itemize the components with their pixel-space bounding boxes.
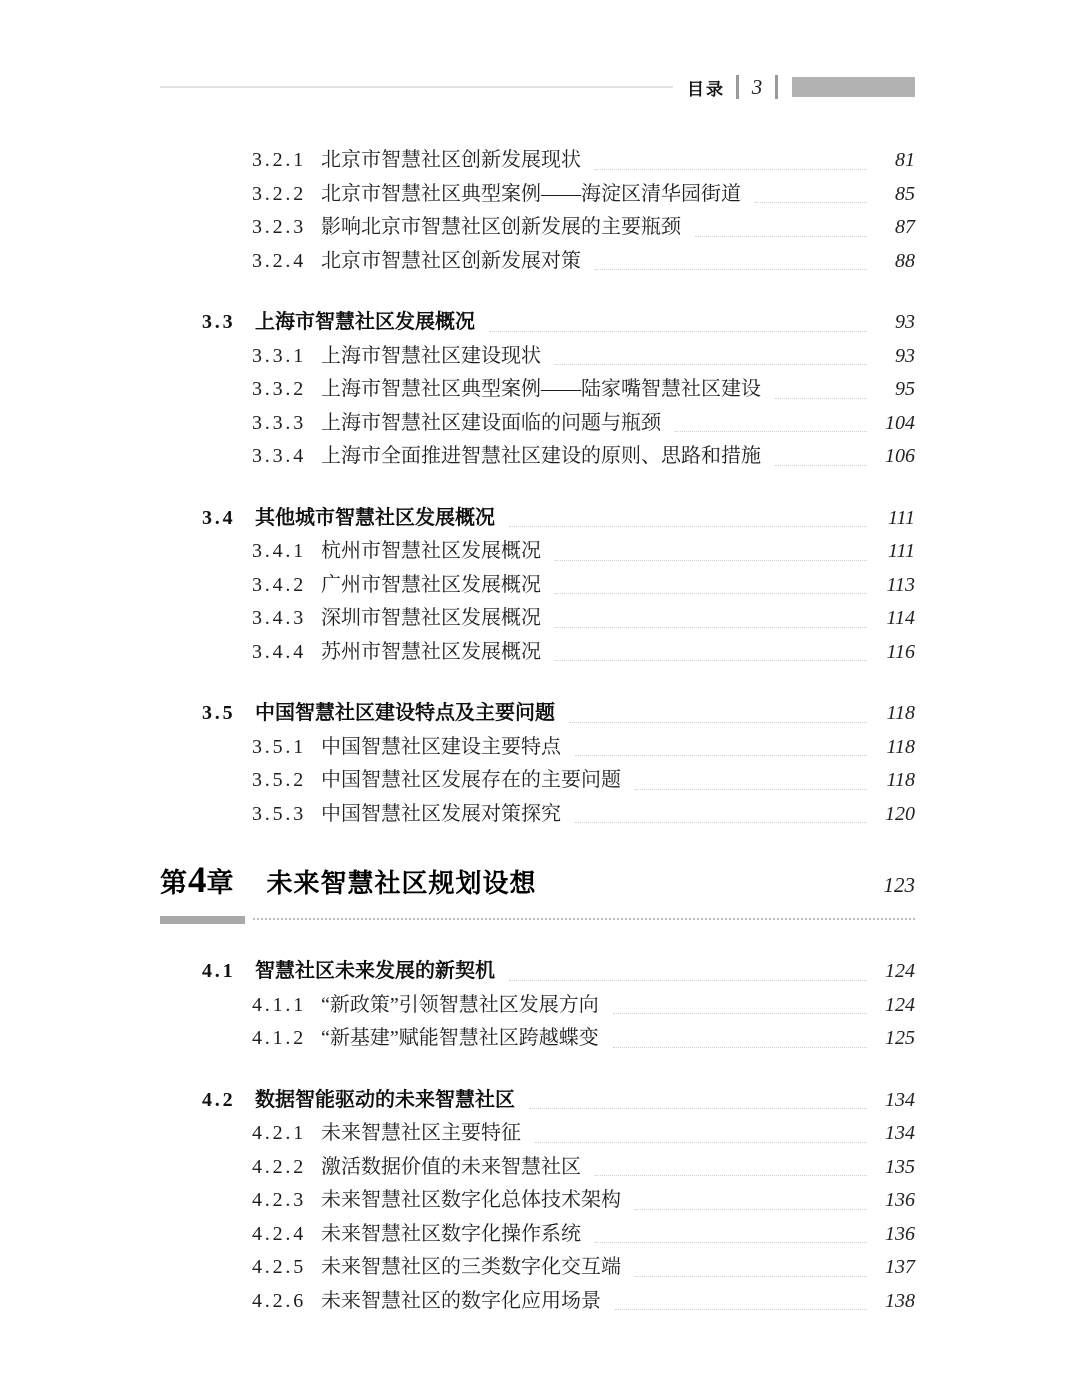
toc-entry-title: 广州市智慧社区发展概况 xyxy=(321,569,541,603)
toc-entry-title: 智慧社区未来发展的新契机 xyxy=(255,955,495,989)
toc-list: 3.2.1北京市智慧社区创新发展现状813.2.2北京市智慧社区典型案例——海淀… xyxy=(160,144,915,1318)
dot-leader xyxy=(775,465,867,466)
dot-leader xyxy=(595,1242,867,1243)
dot-leader xyxy=(613,1047,867,1048)
running-head-bar xyxy=(792,77,915,97)
dot-leader xyxy=(555,593,867,594)
toc-entry-number: 3.5.1 xyxy=(252,731,321,765)
toc-entry-number: 3.3.2 xyxy=(252,373,321,407)
toc-subsection-row: 4.2.3未来智慧社区数字化总体技术架构136 xyxy=(160,1184,915,1218)
toc-entry-title: 上海市全面推进智慧社区建设的原则、思路和措施 xyxy=(321,440,761,474)
toc-entry-number: 3.2.1 xyxy=(252,144,321,178)
toc-subsection-row: 3.3.2上海市智慧社区典型案例——陆家嘴智慧社区建设95 xyxy=(160,373,915,407)
toc-subsection-row: 3.4.3深圳市智慧社区发展概况114 xyxy=(160,602,915,636)
toc-entry-title: 未来智慧社区的三类数字化交互端 xyxy=(321,1251,621,1285)
toc-entry-number: 3.5.3 xyxy=(252,798,321,832)
dot-leader xyxy=(595,1175,867,1176)
separator-pipe xyxy=(736,75,739,99)
toc-subsection-row: 3.2.2北京市智慧社区典型案例——海淀区清华园街道85 xyxy=(160,178,915,212)
toc-entry-title: 杭州市智慧社区发展概况 xyxy=(321,535,541,569)
toc-section-row: 3.4其他城市智慧社区发展概况111 xyxy=(160,502,915,536)
chapter-divider-bar xyxy=(160,916,245,924)
dot-leader xyxy=(675,431,867,432)
toc-entry-title: 未来智慧社区数字化操作系统 xyxy=(321,1218,581,1252)
toc-entry-page: 81 xyxy=(879,144,915,178)
dot-leader xyxy=(555,560,867,561)
toc-entry-title: “新基建”赋能智慧社区跨越蝶变 xyxy=(321,1022,599,1056)
toc-subsection-row: 4.1.2“新基建”赋能智慧社区跨越蝶变125 xyxy=(160,1022,915,1056)
toc-entry-number: 3.2.3 xyxy=(252,211,321,245)
dot-leader xyxy=(595,169,867,170)
toc-entry-title: 中国智慧社区建设主要特点 xyxy=(321,731,561,765)
toc-entry-title: 上海市智慧社区建设面临的问题与瓶颈 xyxy=(321,407,661,441)
separator-pipe xyxy=(775,75,778,99)
dot-leader xyxy=(615,1309,867,1310)
toc-entry-number: 4.2.6 xyxy=(252,1285,321,1319)
running-head-page-number: 3 xyxy=(750,75,764,100)
dot-leader xyxy=(535,1142,867,1143)
dot-leader xyxy=(529,1108,867,1109)
toc-entry-number: 4.2.3 xyxy=(252,1184,321,1218)
dot-leader xyxy=(575,755,867,756)
dot-leader xyxy=(613,1013,867,1014)
toc-entry-number: 3.4.2 xyxy=(252,569,321,603)
toc-subsection-row: 3.5.1中国智慧社区建设主要特点118 xyxy=(160,731,915,765)
toc-section-row: 4.2数据智能驱动的未来智慧社区134 xyxy=(160,1084,915,1118)
toc-entry-page: 104 xyxy=(879,407,915,441)
toc-section-row: 3.5中国智慧社区建设特点及主要问题118 xyxy=(160,697,915,731)
toc-entry-title: “新政策”引领智慧社区发展方向 xyxy=(321,989,599,1023)
toc-entry-page: 118 xyxy=(879,731,915,765)
toc-entry-page: 125 xyxy=(879,1022,915,1056)
toc-entry-page: 114 xyxy=(879,602,915,636)
dot-leader xyxy=(635,1209,867,1210)
dot-leader xyxy=(575,822,867,823)
dot-leader xyxy=(595,269,867,270)
toc-subsection-row: 4.2.6未来智慧社区的数字化应用场景138 xyxy=(160,1285,915,1319)
dot-leader xyxy=(555,660,867,661)
toc-entry-page: 135 xyxy=(879,1151,915,1185)
dot-leader xyxy=(555,364,867,365)
chapter-number: 第4章 xyxy=(160,859,235,902)
dot-leader xyxy=(635,789,867,790)
toc-entry-page: 120 xyxy=(879,798,915,832)
toc-entry-title: 中国智慧社区发展对策探究 xyxy=(321,798,561,832)
dot-leader xyxy=(635,1276,867,1277)
toc-entry-number: 3.3.1 xyxy=(252,340,321,374)
toc-entry-title: 未来智慧社区的数字化应用场景 xyxy=(321,1285,601,1319)
toc-group: 3.4其他城市智慧社区发展概况1113.4.1杭州市智慧社区发展概况1113.4… xyxy=(160,502,915,670)
chapter-divider-dots xyxy=(253,918,915,920)
toc-subsection-row: 4.2.4未来智慧社区数字化操作系统136 xyxy=(160,1218,915,1252)
toc-subsection-row: 3.5.2中国智慧社区发展存在的主要问题118 xyxy=(160,764,915,798)
toc-subsection-row: 3.3.1上海市智慧社区建设现状93 xyxy=(160,340,915,374)
toc-subsection-row: 4.2.1未来智慧社区主要特征134 xyxy=(160,1117,915,1151)
toc-entry-page: 111 xyxy=(879,535,915,569)
toc-section-row: 3.3上海市智慧社区发展概况93 xyxy=(160,306,915,340)
dot-leader xyxy=(569,722,867,723)
dot-leader xyxy=(775,398,867,399)
dot-leader xyxy=(509,526,867,527)
toc-entry-number: 3.4 xyxy=(202,502,255,536)
toc-entry-page: 93 xyxy=(879,306,915,340)
toc-entry-title: 北京市智慧社区典型案例——海淀区清华园街道 xyxy=(321,178,741,212)
toc-entry-page: 124 xyxy=(879,989,915,1023)
toc-subsection-row: 3.4.2广州市智慧社区发展概况113 xyxy=(160,569,915,603)
chapter-page-number: 123 xyxy=(879,873,915,898)
toc-entry-title: 深圳市智慧社区发展概况 xyxy=(321,602,541,636)
toc-entry-title: 北京市智慧社区创新发展现状 xyxy=(321,144,581,178)
toc-entry-title: 上海市智慧社区发展概况 xyxy=(255,306,475,340)
toc-subsection-row: 3.2.3影响北京市智慧社区创新发展的主要瓶颈87 xyxy=(160,211,915,245)
toc-group: 4.2数据智能驱动的未来智慧社区1344.2.1未来智慧社区主要特征1344.2… xyxy=(160,1084,915,1319)
dot-leader xyxy=(555,627,867,628)
toc-subsection-row: 3.4.4苏州市智慧社区发展概况116 xyxy=(160,636,915,670)
toc-entry-number: 4.1 xyxy=(202,955,255,989)
toc-entry-title: 上海市智慧社区典型案例——陆家嘴智慧社区建设 xyxy=(321,373,761,407)
toc-entry-title: 未来智慧社区数字化总体技术架构 xyxy=(321,1184,621,1218)
running-head-label: 目录 xyxy=(687,75,725,100)
toc-entry-title: 上海市智慧社区建设现状 xyxy=(321,340,541,374)
toc-entry-number: 4.2 xyxy=(202,1084,255,1118)
toc-entry-number: 3.3.4 xyxy=(252,440,321,474)
toc-subsection-row: 3.3.4上海市全面推进智慧社区建设的原则、思路和措施106 xyxy=(160,440,915,474)
toc-entry-title: 中国智慧社区发展存在的主要问题 xyxy=(321,764,621,798)
chapter-title: 未来智慧社区规划设想 xyxy=(267,863,880,900)
toc-subsection-row: 4.2.2激活数据价值的未来智慧社区135 xyxy=(160,1151,915,1185)
toc-entry-number: 4.1.1 xyxy=(252,989,321,1023)
chapter-digit: 4 xyxy=(188,860,207,901)
toc-entry-page: 87 xyxy=(879,211,915,245)
chapter-divider xyxy=(160,915,915,925)
toc-entry-number: 4.2.5 xyxy=(252,1251,321,1285)
toc-entry-title: 其他城市智慧社区发展概况 xyxy=(255,502,495,536)
toc-entry-page: 118 xyxy=(879,697,915,731)
toc-entry-page: 138 xyxy=(879,1285,915,1319)
toc-entry-number: 3.3.3 xyxy=(252,407,321,441)
toc-entry-title: 苏州市智慧社区发展概况 xyxy=(321,636,541,670)
toc-entry-number: 3.4.4 xyxy=(252,636,321,670)
running-head-rule xyxy=(160,86,673,88)
toc-entry-page: 134 xyxy=(879,1084,915,1118)
toc-entry-number: 3.2.4 xyxy=(252,245,321,279)
toc-entry-number: 3.3 xyxy=(202,306,255,340)
toc-entry-page: 106 xyxy=(879,440,915,474)
toc-subsection-row: 3.2.4北京市智慧社区创新发展对策88 xyxy=(160,245,915,279)
toc-entry-page: 136 xyxy=(879,1184,915,1218)
toc-entry-title: 未来智慧社区主要特征 xyxy=(321,1117,521,1151)
dot-leader xyxy=(755,202,867,203)
toc-entry-title: 影响北京市智慧社区创新发展的主要瓶颈 xyxy=(321,211,681,245)
toc-entry-title: 数据智能驱动的未来智慧社区 xyxy=(255,1084,515,1118)
toc-subsection-row: 4.2.5未来智慧社区的三类数字化交互端137 xyxy=(160,1251,915,1285)
toc-entry-page: 95 xyxy=(879,373,915,407)
toc-entry-title: 激活数据价值的未来智慧社区 xyxy=(321,1151,581,1185)
toc-entry-page: 116 xyxy=(879,636,915,670)
toc-section-row: 4.1智慧社区未来发展的新契机124 xyxy=(160,955,915,989)
toc-subsection-row: 3.4.1杭州市智慧社区发展概况111 xyxy=(160,535,915,569)
chapter-heading-block: 第4章未来智慧社区规划设想123 xyxy=(160,859,915,925)
toc-entry-title: 中国智慧社区建设特点及主要问题 xyxy=(255,697,555,731)
toc-group: 3.2.1北京市智慧社区创新发展现状813.2.2北京市智慧社区典型案例——海淀… xyxy=(160,144,915,278)
toc-entry-page: 118 xyxy=(879,764,915,798)
toc-subsection-row: 4.1.1“新政策”引领智慧社区发展方向124 xyxy=(160,989,915,1023)
toc-entry-page: 88 xyxy=(879,245,915,279)
toc-entry-number: 4.2.2 xyxy=(252,1151,321,1185)
toc-entry-page: 134 xyxy=(879,1117,915,1151)
toc-entry-page: 113 xyxy=(879,569,915,603)
toc-entry-page: 111 xyxy=(879,502,915,536)
toc-subsection-row: 3.5.3中国智慧社区发展对策探究120 xyxy=(160,798,915,832)
toc-page: 目录 3 3.2.1北京市智慧社区创新发展现状813.2.2北京市智慧社区典型案… xyxy=(0,0,1080,1377)
toc-entry-page: 85 xyxy=(879,178,915,212)
chapter-row: 第4章未来智慧社区规划设想123 xyxy=(160,859,915,902)
toc-subsection-row: 3.2.1北京市智慧社区创新发展现状81 xyxy=(160,144,915,178)
toc-group: 4.1智慧社区未来发展的新契机1244.1.1“新政策”引领智慧社区发展方向12… xyxy=(160,955,915,1056)
toc-entry-page: 136 xyxy=(879,1218,915,1252)
toc-group: 3.5中国智慧社区建设特点及主要问题1183.5.1中国智慧社区建设主要特点11… xyxy=(160,697,915,831)
toc-entry-number: 4.2.4 xyxy=(252,1218,321,1252)
toc-entry-number: 3.5.2 xyxy=(252,764,321,798)
dot-leader xyxy=(695,236,867,237)
toc-entry-number: 3.4.3 xyxy=(252,602,321,636)
dot-leader xyxy=(509,980,867,981)
toc-entry-page: 124 xyxy=(879,955,915,989)
toc-entry-number: 3.4.1 xyxy=(252,535,321,569)
toc-group: 3.3上海市智慧社区发展概况933.3.1上海市智慧社区建设现状933.3.2上… xyxy=(160,306,915,474)
toc-entry-number: 4.2.1 xyxy=(252,1117,321,1151)
toc-entry-page: 93 xyxy=(879,340,915,374)
toc-entry-number: 4.1.2 xyxy=(252,1022,321,1056)
toc-entry-number: 3.5 xyxy=(202,697,255,731)
toc-entry-number: 3.2.2 xyxy=(252,178,321,212)
toc-subsection-row: 3.3.3上海市智慧社区建设面临的问题与瓶颈104 xyxy=(160,407,915,441)
toc-entry-title: 北京市智慧社区创新发展对策 xyxy=(321,245,581,279)
running-head: 目录 3 xyxy=(160,74,915,100)
toc-entry-page: 137 xyxy=(879,1251,915,1285)
dot-leader xyxy=(489,331,867,332)
